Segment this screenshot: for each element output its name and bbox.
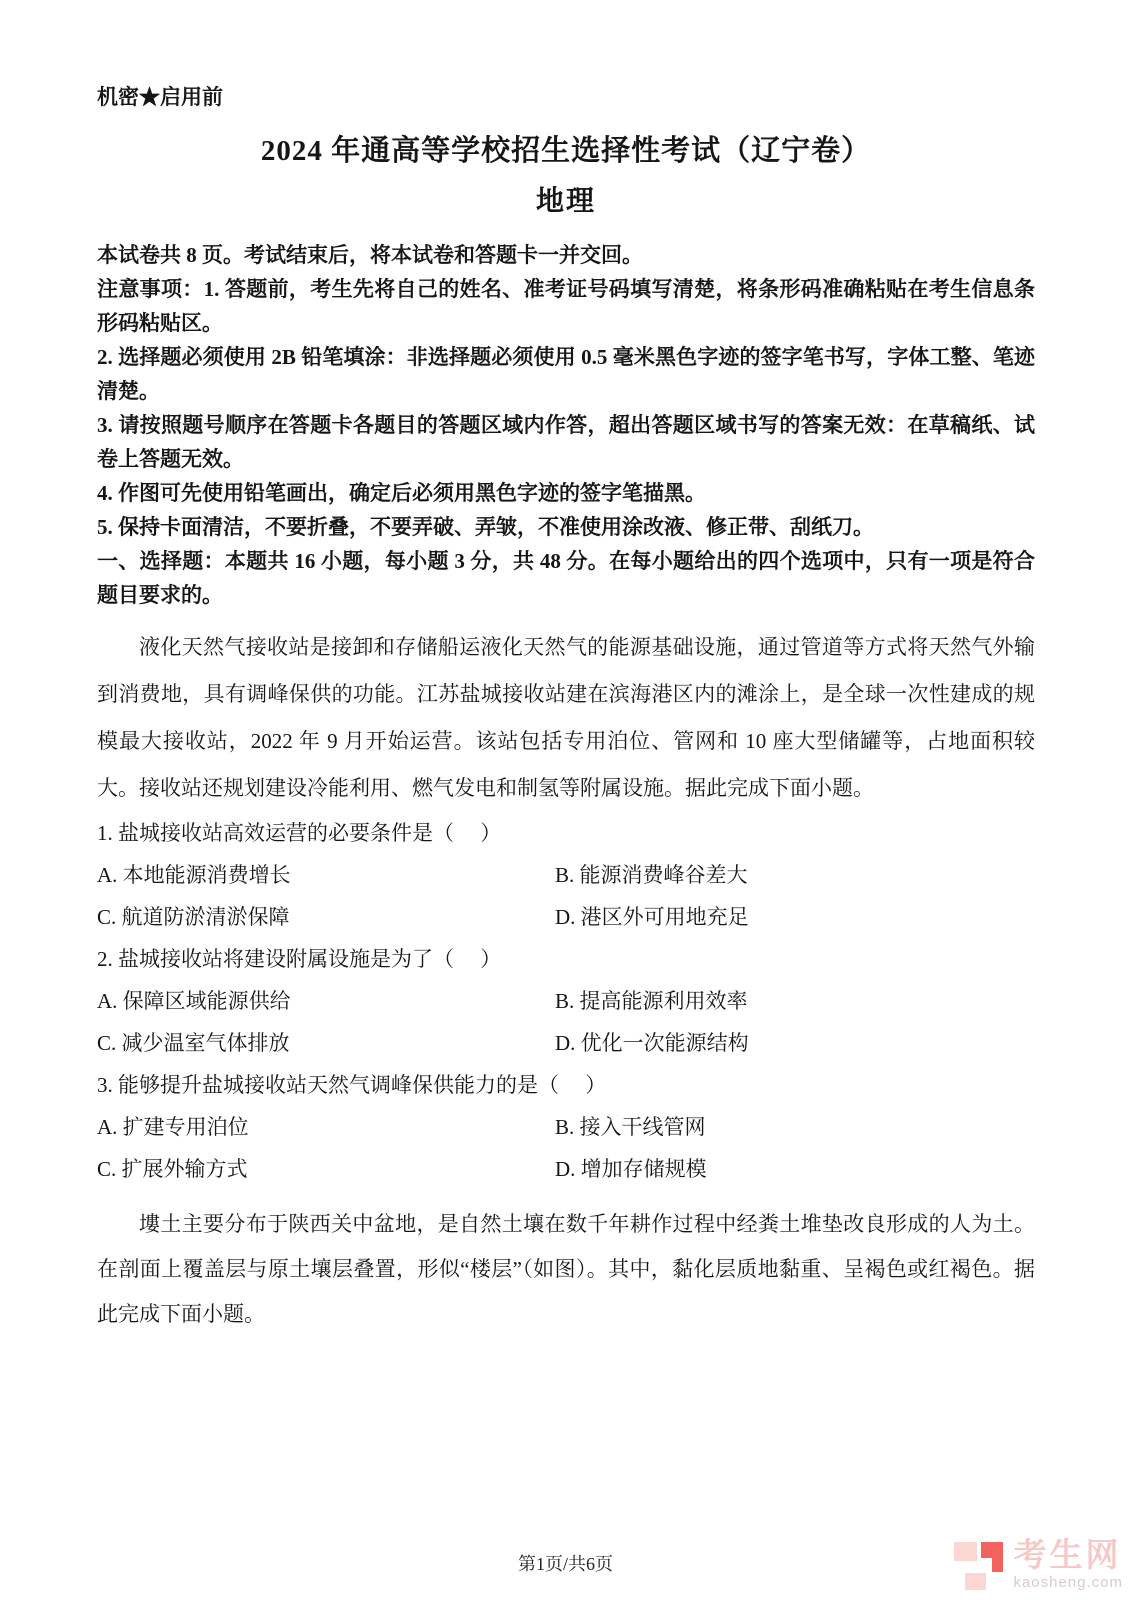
notice-item-1: 注意事项：1. 答题前，考生先将自己的姓名、准考证号码填写清楚，将条形码准确粘贴… [97,272,1035,340]
question-text: 盐城接收站将建设附属设施是为了（ ） [118,947,501,971]
option-label: C. [97,1157,116,1181]
option-label: C. [97,1031,116,1055]
passage-lng-terminal: 液化天然气接收站是接卸和存储船运液化天然气的能源基础设施，通过管道等方式将天然气… [97,624,1035,812]
option-a: A. 本地能源消费增长 [97,854,555,896]
question-2-options-ab: A. 保障区域能源供给 B. 提高能源利用效率 [97,980,1035,1022]
option-label: A. [97,1115,117,1139]
notice-return-instruction: 本试卷共 8 页。考试结束后，将本试卷和答题卡一并交回。 [97,238,1035,272]
question-3-options-cd: C. 扩展外输方式 D. 增加存储规模 [97,1148,1035,1190]
question-number: 2. [97,947,113,971]
option-d: D. 港区外可用地充足 [555,896,1035,938]
question-2: 2. 盐城接收站将建设附属设施是为了（ ） A. 保障区域能源供给 B. 提高能… [97,938,1035,1064]
option-text: 扩展外输方式 [122,1157,248,1181]
option-c: C. 扩展外输方式 [97,1148,555,1190]
option-text: 提高能源利用效率 [580,989,748,1013]
question-3-stem: 3. 能够提升盐城接收站天然气调峰保供能力的是（ ） [97,1064,1035,1106]
option-label: D. [555,1157,575,1181]
question-number: 3. [97,1073,113,1097]
passage-loutu-soil: 塿土主要分布于陕西关中盆地，是自然土壤在数千年耕作过程中经粪土堆垫改良形成的人为… [97,1202,1035,1337]
question-number: 1. [97,821,113,845]
question-1-options-ab: A. 本地能源消费增长 B. 能源消费峰谷差大 [97,854,1035,896]
option-text: 本地能源消费增长 [123,863,291,887]
option-text: 扩建专用泊位 [123,1115,249,1139]
question-3: 3. 能够提升盐城接收站天然气调峰保供能力的是（ ） A. 扩建专用泊位 B. … [97,1064,1035,1190]
watermark-text: 考生网 kaosheng.com [1013,1538,1123,1592]
question-2-stem: 2. 盐城接收站将建设附属设施是为了（ ） [97,938,1035,980]
notice-item-2: 2. 选择题必须使用 2B 铅笔填涂：非选择题必须使用 0.5 毫米黑色字迹的签… [97,340,1035,408]
question-1: 1. 盐城接收站高效运营的必要条件是（ ） A. 本地能源消费增长 B. 能源消… [97,812,1035,938]
option-c: C. 减少温室气体排放 [97,1022,555,1064]
question-text: 盐城接收站高效运营的必要条件是（ ） [118,821,501,845]
option-text: 保障区域能源供给 [123,989,291,1013]
question-1-options-cd: C. 航道防淤清淤保障 D. 港区外可用地充足 [97,896,1035,938]
option-text: 优化一次能源结构 [581,1031,749,1055]
option-b: B. 能源消费峰谷差大 [555,854,1035,896]
option-text: 航道防淤清淤保障 [122,905,290,929]
question-2-options-cd: C. 减少温室气体排放 D. 优化一次能源结构 [97,1022,1035,1064]
option-label: A. [97,863,117,887]
notice-item-5: 5. 保持卡面清洁，不要折叠，不要弄破、弄皱，不准使用涂改液、修正带、刮纸刀。 [97,510,1035,544]
question-list: 1. 盐城接收站高效运营的必要条件是（ ） A. 本地能源消费增长 B. 能源消… [97,812,1035,1190]
kaosheng-logo-icon [953,1540,1005,1592]
option-label: A. [97,989,117,1013]
question-text: 能够提升盐城接收站天然气调峰保供能力的是（ ） [118,1073,606,1097]
exam-title: 2024 年通高等学校招生选择性考试（辽宁卷） [97,130,1035,172]
notice-item-4: 4. 作图可先使用铅笔画出，确定后必须用黑色字迹的签字笔描黑。 [97,476,1035,510]
option-c: C. 航道防淤清淤保障 [97,896,555,938]
option-label: C. [97,905,116,929]
exam-notices: 本试卷共 8 页。考试结束后，将本试卷和答题卡一并交回。 注意事项：1. 答题前… [97,238,1035,612]
question-3-options-ab: A. 扩建专用泊位 B. 接入干线管网 [97,1106,1035,1148]
section-header: 一、选择题：本题共 16 小题，每小题 3 分，共 48 分。在每小题给出的四个… [97,544,1035,612]
option-text: 接入干线管网 [580,1115,706,1139]
option-text: 减少温室气体排放 [122,1031,290,1055]
option-text: 增加存储规模 [581,1157,707,1181]
option-a: A. 扩建专用泊位 [97,1106,555,1148]
option-text: 能源消费峰谷差大 [580,863,748,887]
subject-title: 地理 [97,182,1035,222]
option-label: D. [555,905,575,929]
exam-paper-page: 机密★启用前 2024 年通高等学校招生选择性考试（辽宁卷） 地理 本试卷共 8… [0,0,1131,1600]
kaosheng-watermark: 考生网 kaosheng.com [953,1538,1123,1592]
option-b: B. 提高能源利用效率 [555,980,1035,1022]
option-b: B. 接入干线管网 [555,1106,1035,1148]
watermark-domain: kaosheng.com [1013,1574,1123,1592]
option-label: D. [555,1031,575,1055]
watermark-site-name: 考生网 [1013,1538,1123,1574]
notice-item-3: 3. 请按照题号顺序在答题卡各题目的答题区域内作答，超出答题区域书写的答案无效：… [97,408,1035,476]
option-a: A. 保障区域能源供给 [97,980,555,1022]
option-label: B. [555,863,574,887]
option-d: D. 增加存储规模 [555,1148,1035,1190]
option-text: 港区外可用地充足 [581,905,749,929]
option-label: B. [555,1115,574,1139]
classification-banner: 机密★启用前 [97,84,1035,110]
question-1-stem: 1. 盐城接收站高效运营的必要条件是（ ） [97,812,1035,854]
option-d: D. 优化一次能源结构 [555,1022,1035,1064]
option-label: B. [555,989,574,1013]
